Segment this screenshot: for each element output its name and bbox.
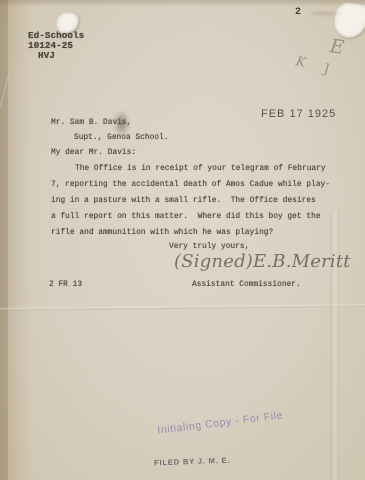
recipient-name: Mr. Sam B. Davis, [51, 118, 131, 128]
salutation: My dear Mr. Davis: [51, 148, 136, 158]
page-number: 2 [295, 7, 301, 18]
body-line: The Office is in receipt of your telegra… [75, 164, 326, 174]
handwritten-mark-k: K [294, 54, 307, 71]
body-line: rifle and ammunition with which he was p… [51, 228, 273, 238]
body-line: ing in a pasture with a small rifle. The… [51, 196, 316, 206]
handwritten-mark-e: E [329, 35, 346, 59]
recipient-title: Supt., Genoa School. [74, 133, 169, 143]
top-edge-shadow [0, 0, 365, 7]
scanned-letter: Ed-Schools 10124-25 HVJ 2 E K J FEB 17 1… [0, 0, 365, 480]
filed-by-stamp: FILED BY J. M. E. [154, 456, 231, 468]
body-line: 7, reporting the accidental death of Amo… [51, 180, 330, 190]
date-received-stamp: FEB 17 1925 [261, 108, 336, 120]
horizontal-fold-crease [0, 304, 365, 311]
initialing-copy-stamp: Initialing Copy - For File [157, 409, 284, 436]
file-label-line3: HVJ [38, 51, 55, 61]
torn-patch-top-right [332, 1, 365, 40]
faint-scratch-marks [305, 10, 345, 17]
signer-title: Assistant Commissioner. [192, 280, 301, 290]
signature-stamp: (Signed)E.B.Meritt [174, 251, 351, 272]
handwritten-mark-j: J [323, 62, 329, 77]
reference-code: 2 FR 13 [49, 280, 82, 290]
body-line: a full report on this matter. Where did … [51, 212, 321, 222]
